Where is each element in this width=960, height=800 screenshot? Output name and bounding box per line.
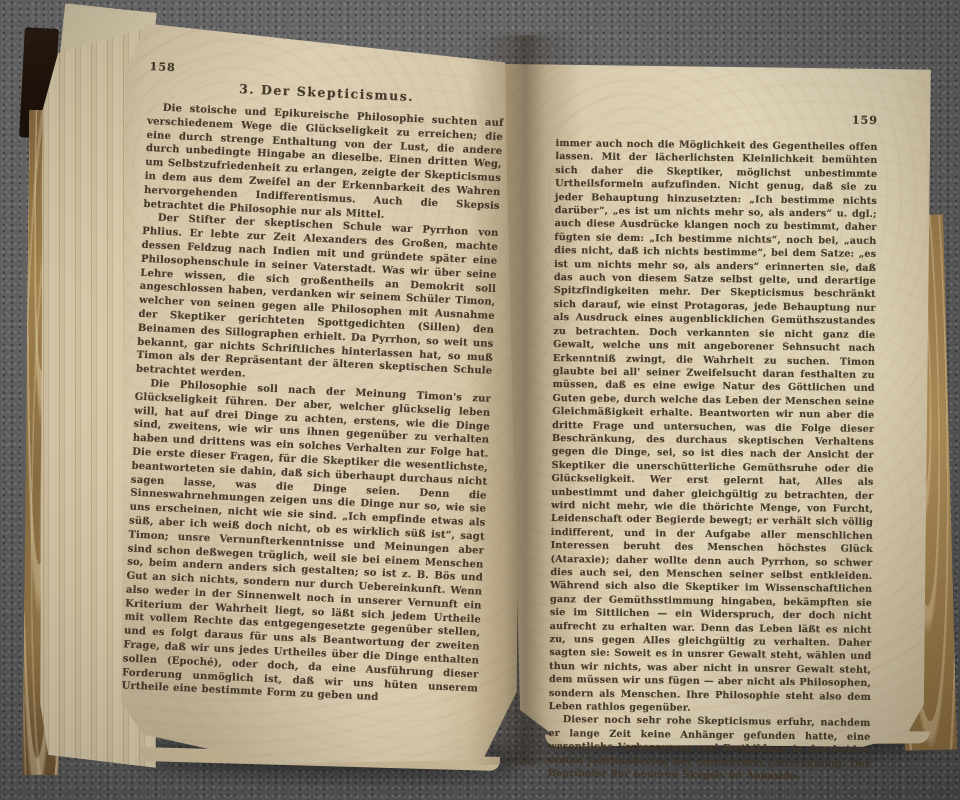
paragraph: Der Stifter der skeptischen Schule war P… [136, 211, 499, 393]
book-photo-scene: 158 3. Der Skepticismus. Die stoische un… [0, 0, 960, 800]
left-page-text: 158 3. Der Skepticismus. Die stoische un… [121, 60, 505, 710]
paragraph: Die Philosophie soll nach der Meinung Ti… [121, 377, 491, 710]
paragraph: Die stoische und Epikureische Philosophi… [143, 101, 504, 227]
page-number-right: 159 [556, 110, 878, 127]
right-page-text: 159 immer auch noch die Möglichkeit des … [548, 110, 878, 784]
paragraph: Dieser noch sehr rohe Skepticismus erfuh… [548, 713, 871, 784]
paragraph: immer auch noch die Möglichkeit des Gege… [549, 137, 878, 717]
